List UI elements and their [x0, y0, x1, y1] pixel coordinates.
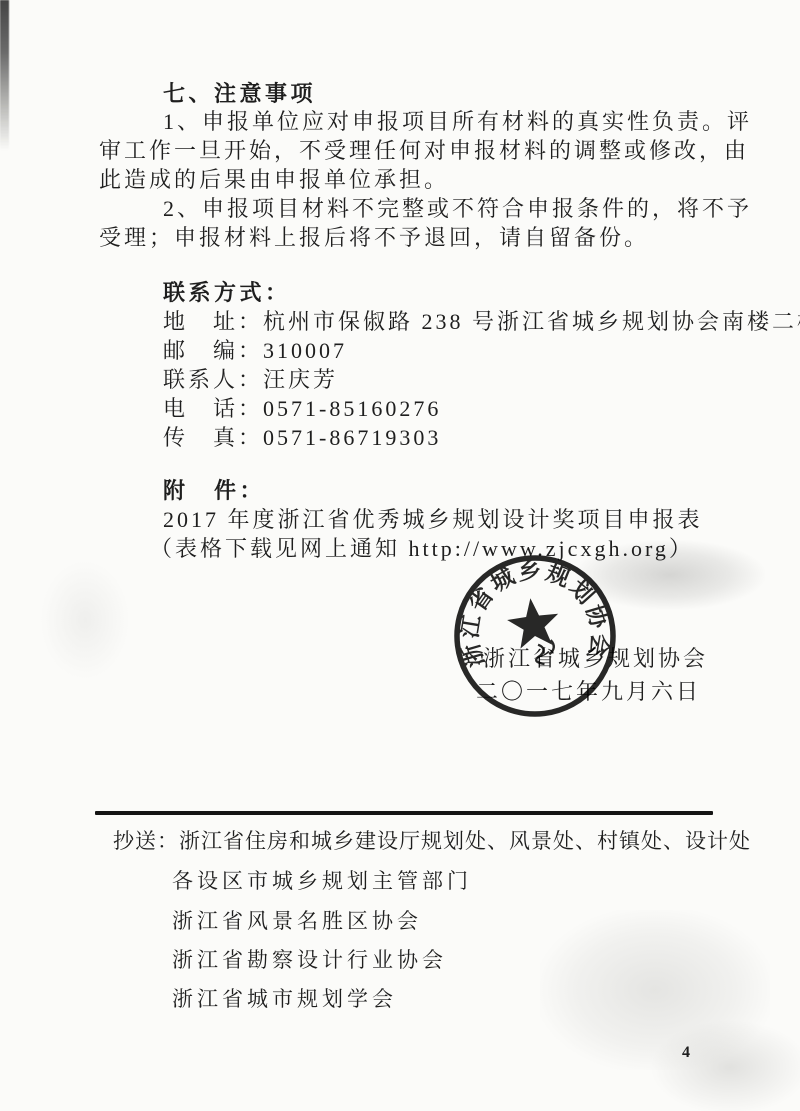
contact-value: 310007: [263, 338, 347, 363]
contact-value: 0571-86719303: [263, 425, 441, 450]
cc-separator-rule: [95, 811, 713, 815]
page-number: 4: [682, 1044, 690, 1062]
contact-row-phone: 电 话：0571-85160276: [163, 395, 441, 423]
contact-value: 汪庆芳: [263, 367, 338, 392]
cc-recipient: 浙江省勘察设计行业协会: [172, 944, 447, 974]
scan-smudge: [650, 1020, 800, 1111]
paragraph-line: 此造成的后果由申报单位承担。: [99, 166, 449, 194]
cc-recipient: 浙江省住房和城乡建设厅规划处、风景处、村镇处、设计处: [179, 829, 751, 853]
paragraph-line: 1、申报单位应对申报项目所有材料的真实性负责。评: [163, 108, 752, 136]
attachment-heading: 附 件：: [163, 477, 265, 505]
contact-label: 邮 编：: [163, 338, 263, 363]
scanned-document-page: 七、注意事项 1、申报单位应对申报项目所有材料的真实性负责。评 审工作一旦开始，…: [0, 0, 800, 1111]
contact-row-address: 地 址：杭州市保俶路 238 号浙江省城乡规划协会南楼二楼: [163, 308, 800, 336]
cc-recipient: 浙江省城市规划学会: [172, 983, 397, 1013]
contact-value: 0571-85160276: [263, 396, 441, 421]
cc-line: 抄送：浙江省住房和城乡建设厅规划处、风景处、村镇处、设计处: [113, 825, 751, 855]
contact-heading: 联系方式：: [163, 279, 291, 307]
attachment-line: 2017 年度浙江省优秀城乡规划设计奖项目申报表: [163, 506, 703, 534]
contact-label: 联系人：: [163, 367, 263, 392]
paragraph-line: 审工作一旦开始，不受理任何对申报材料的调整或修改，由: [99, 137, 749, 165]
cc-recipient: 各设区市城乡规划主管部门: [172, 865, 472, 895]
cc-recipient: 浙江省风景名胜区协会: [172, 905, 422, 935]
contact-row-person: 联系人：汪庆芳: [163, 366, 338, 394]
scan-edge-artifact: [0, 0, 9, 150]
section-heading: 七、注意事项: [163, 80, 316, 108]
scan-smudge: [540, 910, 770, 1070]
paragraph-line: 2、申报项目材料不完整或不符合申报条件的，将不予: [163, 195, 752, 223]
official-seal-stamp: 浙江省城乡规划协会: [437, 542, 643, 748]
contact-label: 地 址：: [163, 309, 263, 334]
seal-scribble: [534, 640, 556, 665]
contact-row-fax: 传 真：0571-86719303: [163, 424, 441, 452]
scan-smudge: [40, 560, 130, 680]
contact-label: 电 话：: [163, 396, 263, 421]
contact-row-zip: 邮 编：310007: [163, 337, 347, 365]
cc-label: 抄送：: [113, 829, 179, 853]
contact-value: 杭州市保俶路 238 号浙江省城乡规划协会南楼二楼: [263, 309, 800, 334]
contact-label: 传 真：: [163, 425, 263, 450]
paragraph-line: 受理；申报材料上报后将不予退回，请自留备份。: [99, 224, 649, 252]
